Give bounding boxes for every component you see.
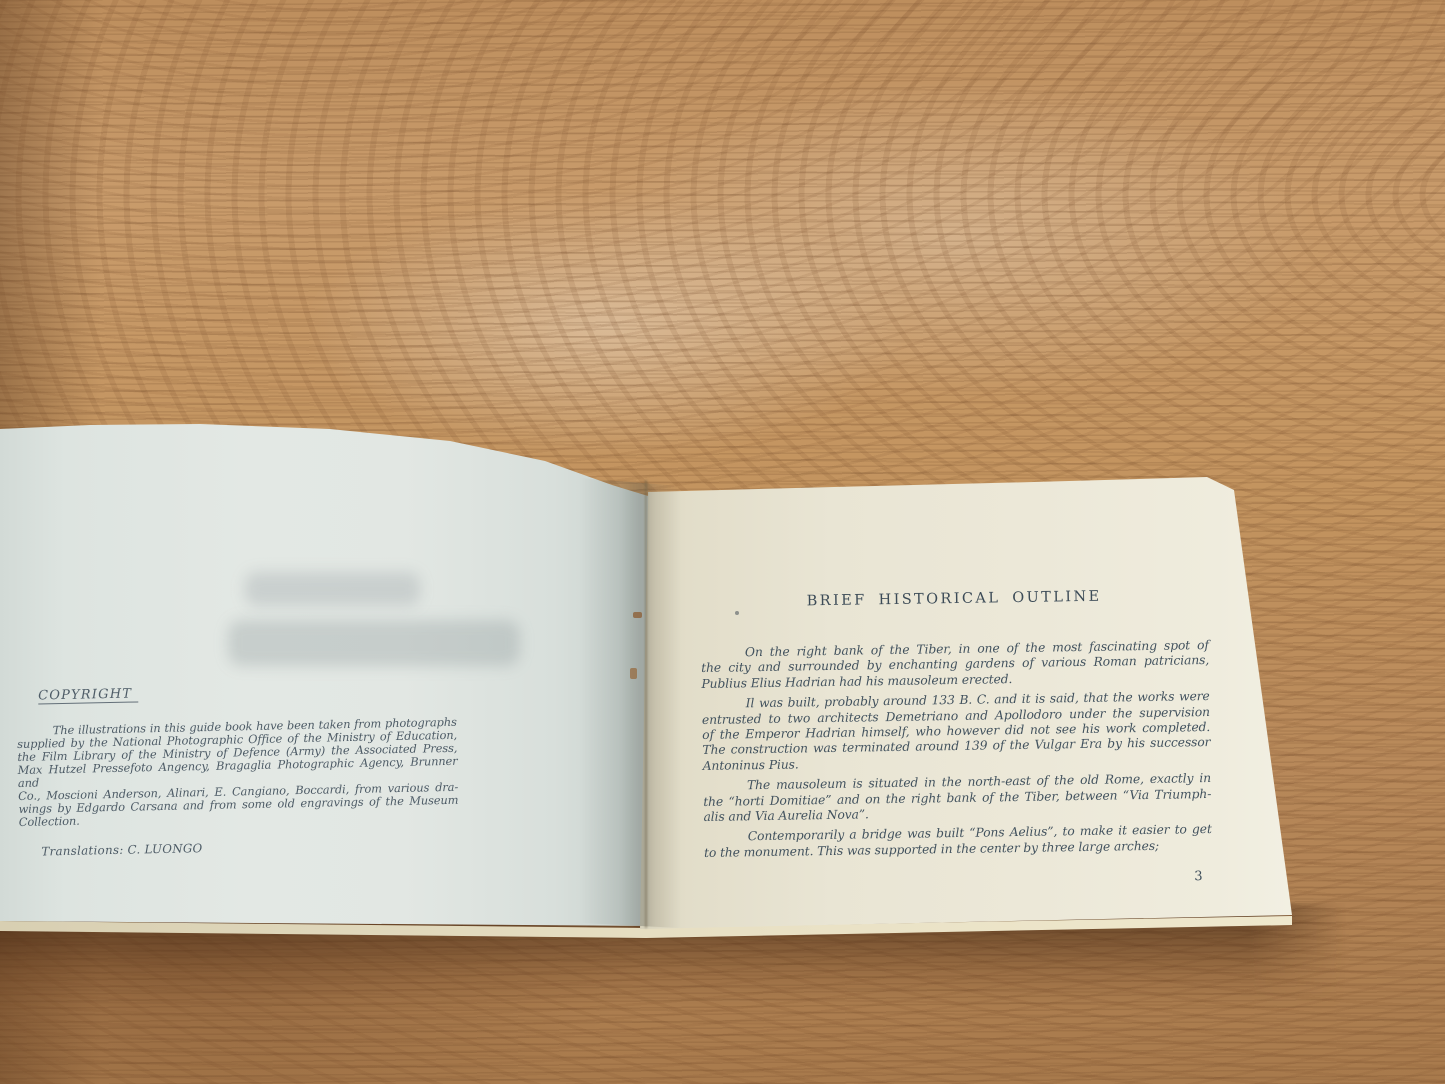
rusty-staple-mark bbox=[630, 668, 637, 679]
paragraph-1: On the right bank of the Tiber, in one o… bbox=[701, 638, 1210, 692]
copyright-heading: COPYRIGHT bbox=[38, 687, 138, 704]
spine-crease-line bbox=[645, 480, 647, 928]
rusty-staple-mark bbox=[633, 612, 642, 618]
spine-gutter-shadow bbox=[580, 468, 680, 936]
left-page-text-block: COPYRIGHT The illustrations in this guid… bbox=[16, 681, 459, 859]
paragraph-4: Contemporarily a bridge was built “Pons … bbox=[704, 822, 1212, 861]
copyright-paragraph: The illustrations in this guide book hav… bbox=[17, 716, 459, 829]
ink-bleed-through-shape bbox=[245, 572, 420, 606]
paragraph-3: The mausoleum is situated in the north-e… bbox=[703, 771, 1212, 825]
photo-open-guidebook: COPYRIGHT The illustrations in this guid… bbox=[0, 0, 1445, 1084]
paragraph-2: Il was built, probably around 133 B. C. … bbox=[702, 689, 1211, 774]
right-page-text-block: BRIEF HISTORICAL OUTLINE On the right ba… bbox=[700, 586, 1213, 893]
ink-bleed-through-shape bbox=[228, 620, 520, 666]
left-page-paper bbox=[0, 423, 652, 935]
